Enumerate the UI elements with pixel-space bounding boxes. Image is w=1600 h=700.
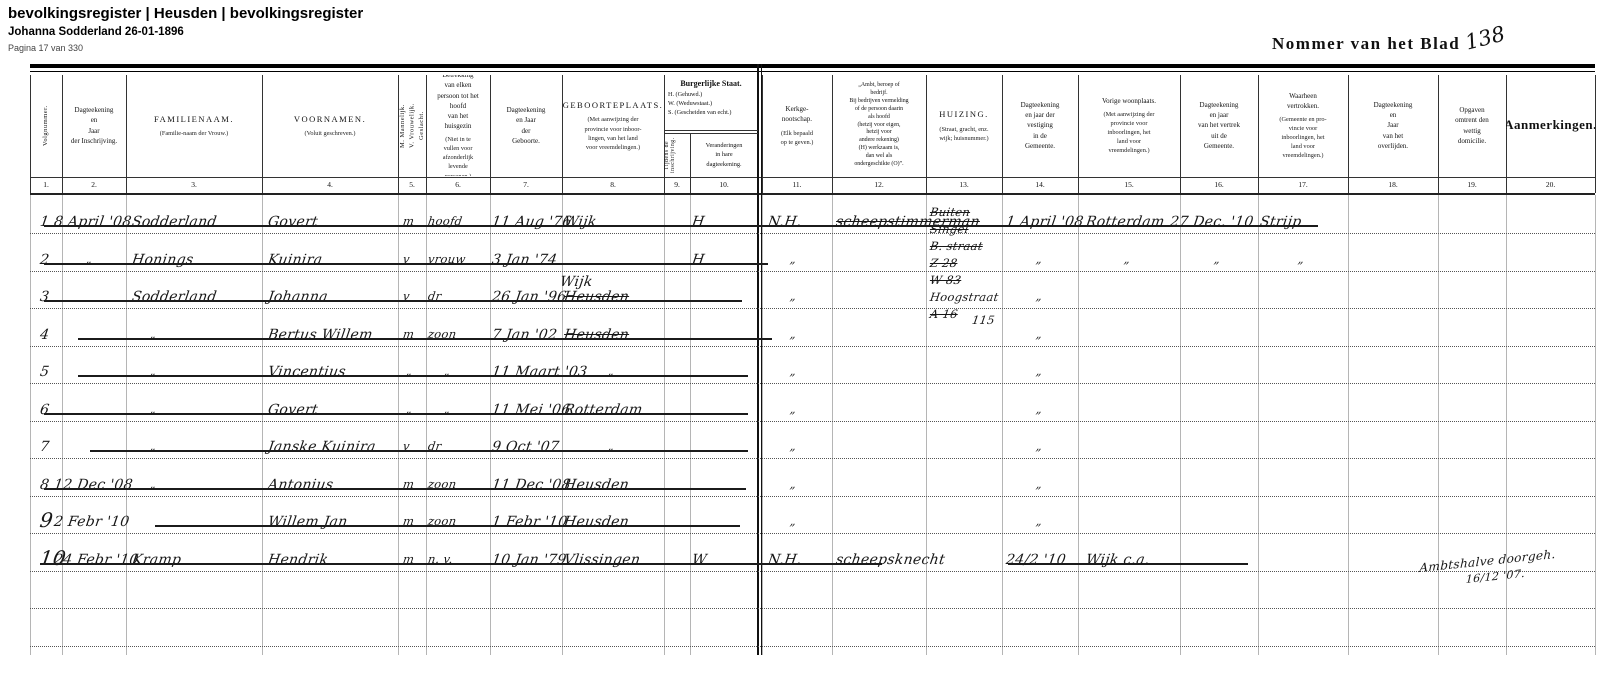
column-number: 7. bbox=[490, 180, 562, 189]
handwritten-nr: 4 bbox=[39, 327, 50, 343]
column-header-text: FAMILIENAAM. bbox=[154, 113, 234, 125]
column-header-6: Betrekking van elken persoon tot het hoo… bbox=[426, 75, 490, 176]
record-strike-line bbox=[44, 300, 742, 302]
column-number: 10. bbox=[690, 180, 758, 189]
handwritten-nr: 6 bbox=[39, 402, 50, 418]
handwritten-nr: 1 bbox=[39, 214, 50, 230]
handwritten-voornamen: Antonius bbox=[267, 477, 335, 493]
handwritten-huizing: A 16 bbox=[929, 307, 959, 321]
handwritten-vestiging: „ bbox=[1035, 327, 1043, 341]
handwritten-nr: 2 bbox=[39, 252, 50, 268]
handwritten-vestiging: „ bbox=[1035, 514, 1043, 528]
handwritten-geboorteplaats: Heusden bbox=[563, 514, 630, 530]
handwritten-voornamen: Johanna bbox=[267, 289, 329, 305]
handwritten-inschrijving: 24 Febr '10 bbox=[53, 552, 140, 568]
column-header-text: Opgaven omtrent den wettig domicilie. bbox=[1455, 105, 1489, 146]
handwritten-kerkgenootschap: „ bbox=[789, 289, 797, 303]
column-header-text: Dagteekening en Jaar van het overlijden. bbox=[1374, 100, 1413, 151]
handwritten-vestiging: „ bbox=[1035, 289, 1043, 303]
column-header-text: „Ambt, beroep of bedrijf. Bij bedrijven … bbox=[849, 82, 908, 170]
handwritten-kerkgenootschap: „ bbox=[789, 402, 797, 416]
handwritten-kerkgenootschap: „ bbox=[789, 477, 797, 491]
column-number: 13. bbox=[926, 180, 1002, 189]
column-header-text: Aanmerkingen. bbox=[1506, 116, 1595, 135]
handwritten-familienaam: Kramp bbox=[131, 552, 182, 568]
handwritten-vestiging: „ bbox=[1035, 402, 1043, 416]
handwritten-beroep: scheepsknecht bbox=[835, 552, 946, 568]
handwritten-vertrek: „ bbox=[1213, 252, 1221, 266]
handwritten-voornamen: Janske Kuinira bbox=[267, 439, 377, 455]
handwritten-huizing: Hoogstraat bbox=[929, 290, 1000, 304]
handwritten-inschrijving: 2 Febr '10 bbox=[53, 514, 131, 530]
table-gridline bbox=[664, 130, 758, 131]
table-gridline bbox=[1595, 195, 1596, 655]
row-ruled-line bbox=[30, 646, 1595, 647]
handwritten-geboorteplaats: Heusden bbox=[563, 477, 630, 493]
column-number: 17. bbox=[1258, 180, 1348, 189]
handwritten-vestiging: 1 April '08 bbox=[1005, 214, 1085, 230]
handwritten-voornamen: Vincentius bbox=[267, 364, 347, 380]
column-header-text: GEBOORTEPLAATS. bbox=[563, 99, 664, 111]
column-header-15: Vorige woonplaats.(Met aanwijzing der pr… bbox=[1078, 75, 1180, 176]
handwritten-vorige_woonplaats: „ bbox=[1123, 252, 1131, 266]
record-strike-line bbox=[40, 563, 882, 565]
handwritten-geboorteplaats: Vlissingen bbox=[563, 552, 641, 568]
record-strike-line bbox=[90, 450, 748, 452]
handwritten-geboorteplaats-struck: Heusden bbox=[563, 289, 630, 305]
column-number: 11. bbox=[762, 180, 832, 189]
handwritten-waarheen: „ bbox=[1297, 252, 1305, 266]
handwritten-burgerlijke_staat: H bbox=[691, 214, 706, 230]
handwritten-vestiging: „ bbox=[1035, 439, 1043, 453]
table-gridline bbox=[30, 64, 1595, 68]
column-header-text: Betrekking van elken persoon tot het hoo… bbox=[437, 75, 479, 131]
handwritten-huizing: Buiten bbox=[929, 205, 971, 219]
handwritten-vestiging: „ bbox=[1035, 477, 1043, 491]
table-gridline bbox=[1348, 195, 1349, 655]
column-header-1: Volgnummer. bbox=[30, 75, 62, 176]
handwritten-vestiging: „ bbox=[1035, 252, 1043, 266]
column-number: 18. bbox=[1348, 180, 1438, 189]
handwritten-voornamen: Govert bbox=[267, 402, 319, 418]
column-header-3: FAMILIENAAM.(Familie-naam der Vrouw.) bbox=[126, 75, 262, 176]
column-number: 8. bbox=[562, 180, 664, 189]
handwritten-vertrek: 27 Dec. '10 bbox=[1169, 214, 1255, 230]
column-header-text: Dagteekening en Jaar der Inschrijving. bbox=[71, 105, 117, 146]
column-group-burgerlijke-staat: Burgerlijke Staat.H. (Gehuwd.) W. (Weduw… bbox=[664, 75, 758, 133]
handwritten-burgerlijke_staat: W bbox=[691, 552, 708, 568]
handwritten-familienaam: Honings bbox=[131, 252, 195, 268]
handwritten-aanmerking: 16/12 '07. bbox=[1466, 567, 1526, 586]
handwritten-geboren: 7 Jan '02 bbox=[491, 327, 558, 343]
row-ruled-line bbox=[30, 233, 1595, 234]
column-number: 1. bbox=[30, 180, 62, 189]
table-gridline bbox=[1258, 195, 1259, 655]
table-gridline bbox=[1595, 75, 1596, 193]
table-gridline bbox=[1002, 195, 1003, 655]
handwritten-vestiging: „ bbox=[1035, 364, 1043, 378]
handwritten-voornamen: Kuinira bbox=[267, 252, 324, 268]
row-ruled-line bbox=[30, 421, 1595, 422]
handwritten-inschrijving: 8 April '08 bbox=[53, 214, 133, 230]
record-strike-line bbox=[1008, 563, 1248, 565]
handwritten-vorige_woonplaats: Wijk c.a. bbox=[1085, 552, 1151, 568]
column-number: 12. bbox=[832, 180, 926, 189]
row-ruled-line bbox=[30, 608, 1595, 609]
column-header-text: Waarheen vertrokken. bbox=[1287, 91, 1319, 111]
handwritten-voornamen: Hendrik bbox=[267, 552, 329, 568]
record-strike-line bbox=[44, 488, 746, 490]
handwritten-inschrijving: 12 Dec '08 bbox=[53, 477, 134, 493]
handwritten-vorige_woonplaats: Rotterdam bbox=[1085, 214, 1166, 230]
handwritten-geboren: 10 Jan '79 bbox=[491, 552, 568, 568]
handwritten-geboren: 11 Aug '76 bbox=[491, 214, 573, 230]
column-header-text: Dagteekening en jaar der vestiging in de… bbox=[1021, 100, 1060, 151]
record-strike-line bbox=[155, 525, 740, 527]
column-header-18: Dagteekening en Jaar van het overlijden. bbox=[1348, 75, 1438, 176]
column-header-16: Dagteekening en jaar van het vertrek uit… bbox=[1180, 75, 1258, 176]
handwritten-voornamen: Bertus Willem bbox=[267, 327, 374, 343]
handwritten-nr: 3 bbox=[39, 289, 50, 305]
handwritten-geboorteplaats: Rotterdam bbox=[563, 402, 644, 418]
handwritten-kerkgenootschap: „ bbox=[789, 252, 797, 266]
blad-heading: Nommer van het Blad 138 bbox=[1272, 30, 1506, 54]
record-strike-line bbox=[44, 413, 748, 415]
table-gridline bbox=[926, 195, 927, 655]
column-header-text: (Elk bepaald op te geven.) bbox=[781, 129, 814, 147]
scanned-register-page: bevolkingsregister | Heusden | bevolking… bbox=[0, 0, 1600, 700]
handwritten-nr: 5 bbox=[39, 364, 50, 380]
table-gridline bbox=[30, 193, 1595, 195]
handwritten-waarheen: Strijp bbox=[1259, 214, 1303, 230]
group-legend: H. (Gehuwd.) W. (Weduwstaat.) S. (Gesche… bbox=[666, 90, 731, 118]
handwritten-geboren: 26 Jan '96 bbox=[491, 289, 568, 305]
column-header-text: Dagteekening en jaar van het vertrek uit… bbox=[1198, 100, 1240, 151]
record-strike-line bbox=[44, 263, 768, 265]
column-number: 5. bbox=[398, 180, 426, 189]
column-header-9: Tijdens de inschrijving. bbox=[664, 134, 690, 176]
column-number: 6. bbox=[426, 180, 490, 189]
column-number: 3. bbox=[126, 180, 262, 189]
handwritten-familienaam: Sodderland bbox=[131, 289, 218, 305]
row-ruled-line bbox=[30, 383, 1595, 384]
column-header-12: „Ambt, beroep of bedrijf. Bij bedrijven … bbox=[832, 75, 926, 176]
handwritten-huizing: B. straat bbox=[929, 239, 984, 253]
handwritten-familienaam: Sodderland bbox=[131, 214, 218, 230]
record-strike-line bbox=[78, 375, 748, 377]
record-strike-line bbox=[44, 225, 1318, 227]
column-header-19: Opgaven omtrent den wettig domicilie. bbox=[1438, 75, 1506, 176]
pagination-label: Pagina 17 van 330 bbox=[8, 43, 83, 53]
handwritten-vestiging: 24/2 '10 bbox=[1005, 552, 1067, 568]
handwritten-kerkgenootschap: „ bbox=[789, 439, 797, 453]
column-header-text: (Straat, gracht, enz. wijk; huisnummer.) bbox=[939, 125, 988, 143]
table-gridline bbox=[1078, 195, 1079, 655]
handwritten-kerkgenootschap: „ bbox=[789, 364, 797, 378]
handwritten-kerkgenootschap: „ bbox=[789, 514, 797, 528]
record-subtitle: Johanna Sodderland 26-01-1896 bbox=[8, 26, 184, 38]
column-header-text: (Voluit geschreven.) bbox=[305, 129, 356, 138]
column-header-7: Dagteekening en Jaar der Geboorte. bbox=[490, 75, 562, 176]
column-number: 16. bbox=[1180, 180, 1258, 189]
handwritten-huizing: 115 bbox=[971, 313, 996, 327]
handwritten-huizing: Z 28 bbox=[929, 256, 958, 270]
record-strike-line bbox=[78, 338, 772, 340]
column-number: 20. bbox=[1506, 180, 1595, 189]
handwritten-geboorteplaats: Wijk bbox=[563, 214, 598, 230]
handwritten-nr: 7 bbox=[39, 439, 50, 455]
handwritten-kerkgenootschap: N.H. bbox=[767, 552, 803, 568]
column-header-text: (Met aanwijzing der provincie voor inboo… bbox=[585, 115, 642, 152]
handwritten-geboorteplaats-struck: Heusden bbox=[563, 327, 630, 343]
column-header-text: Vorige woonplaats. bbox=[1102, 96, 1156, 106]
row-ruled-line bbox=[30, 271, 1595, 272]
row-ruled-line bbox=[30, 571, 1595, 572]
column-number: 19. bbox=[1438, 180, 1506, 189]
blad-number-handwritten: 138 bbox=[1463, 22, 1508, 55]
column-header-4: VOORNAMEN.(Voluit geschreven.) bbox=[262, 75, 398, 176]
handwritten-geboren: 3 Jan '74 bbox=[491, 252, 558, 268]
row-ruled-line bbox=[30, 458, 1595, 459]
table-gridline bbox=[30, 177, 1595, 178]
column-number: 9. bbox=[664, 180, 690, 189]
column-header-13: HUIZING.(Straat, gracht, enz. wijk; huis… bbox=[926, 75, 1002, 176]
handwritten-geboren: 1 Febr '10 bbox=[491, 514, 569, 530]
handwritten-geboren: 11 Maart '03 bbox=[491, 364, 589, 380]
row-ruled-line bbox=[30, 533, 1595, 534]
group-title: Burgerlijke Staat. bbox=[680, 78, 741, 90]
table-gridline bbox=[1438, 195, 1439, 655]
table-gridline bbox=[30, 71, 1595, 72]
column-header-text: (Familie-naam der Vrouw.) bbox=[160, 129, 229, 138]
table-gridline bbox=[1506, 195, 1507, 655]
row-ruled-line bbox=[30, 346, 1595, 347]
table-gridline bbox=[832, 195, 833, 655]
column-header-text: VOORNAMEN. bbox=[294, 113, 366, 125]
app-title: bevolkingsregister | Heusden | bevolking… bbox=[8, 5, 363, 22]
handwritten-nr: 8 bbox=[39, 477, 50, 493]
handwritten-huizing: W 83 bbox=[929, 273, 962, 287]
handwritten-voornamen: Willem Jan bbox=[267, 514, 349, 530]
column-number: 4. bbox=[262, 180, 398, 189]
column-header-20: Aanmerkingen. bbox=[1506, 75, 1595, 176]
column-header-10: Veranderingen in hare dagteekening. bbox=[690, 134, 758, 176]
column-number: 2. bbox=[62, 180, 126, 189]
handwritten-geboren: 9 Oct '07 bbox=[491, 439, 560, 455]
column-header-text: Kerkge- nootschap. bbox=[782, 104, 812, 124]
handwritten-voornamen: Govert bbox=[267, 214, 319, 230]
column-header-17: Waarheen vertrokken.(Gemeente en pro- vi… bbox=[1258, 75, 1348, 176]
table-gridline bbox=[1180, 195, 1181, 655]
handwritten-kerkgenootschap: „ bbox=[789, 327, 797, 341]
blad-label: Nommer van het Blad bbox=[1272, 34, 1460, 53]
column-number: 14. bbox=[1002, 180, 1078, 189]
row-ruled-line bbox=[30, 496, 1595, 497]
handwritten-geboren: 11 Mei '06 bbox=[491, 402, 572, 418]
column-header-11: Kerkge- nootschap.(Elk bepaald op te gev… bbox=[762, 75, 832, 176]
column-header-text: (Gemeente en pro- vincie voor inboorling… bbox=[1279, 115, 1326, 161]
column-header-14: Dagteekening en jaar der vestiging in de… bbox=[1002, 75, 1078, 176]
column-number: 15. bbox=[1078, 180, 1180, 189]
table-gridline bbox=[30, 195, 31, 655]
column-header-text: Dagteekening en Jaar der Geboorte. bbox=[507, 105, 546, 146]
column-header-2: Dagteekening en Jaar der Inschrijving. bbox=[62, 75, 126, 176]
handwritten-geboren: 11 Dec '08 bbox=[491, 477, 572, 493]
handwritten-burgerlijke_staat: H bbox=[691, 252, 706, 268]
handwritten-geboorteplaats: Wijk bbox=[559, 274, 594, 290]
column-header-5: M. Mannelijk. V. Vrouwelijk. Geslacht. bbox=[398, 75, 426, 176]
column-header-text: HUIZING. bbox=[939, 108, 989, 120]
row-ruled-line bbox=[30, 308, 1595, 309]
column-header-text: (Niet in te vullen voor afzonderlijk lev… bbox=[443, 135, 473, 176]
column-header-text: (Met aanwijzing der provincie voor inboo… bbox=[1103, 110, 1154, 156]
handwritten-kerkgenootschap: N.H. bbox=[767, 214, 803, 230]
column-header-8: GEBOORTEPLAATS.(Met aanwijzing der provi… bbox=[562, 75, 664, 176]
